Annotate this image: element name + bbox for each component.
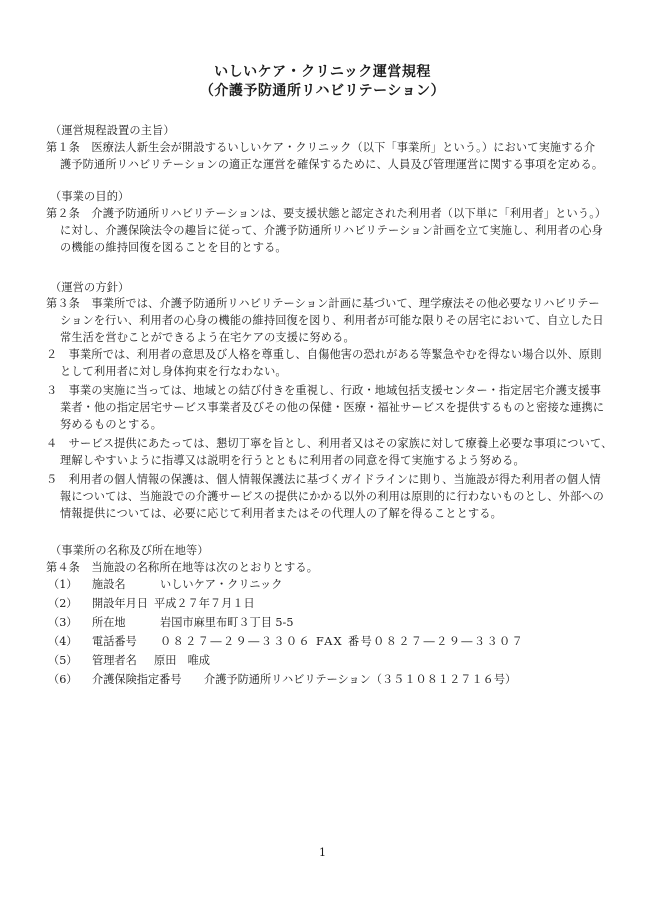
info-label: 所在地 xyxy=(92,616,126,630)
info-value: 介護予防通所リハビリテーション（３５１０８１２７１６号） xyxy=(204,673,516,687)
article-text: 第１条 医療法人新生会が開設するいしいケア・クリニック（以下「事業所」という。）… xyxy=(46,141,595,155)
article-text: に対し、介護保険法令の趣旨に従って、介護予防通所リハビリテーション計画を立て実施… xyxy=(60,224,603,238)
document-title: いしいケア・クリニック運営規程 xyxy=(0,61,645,81)
info-number: （2） xyxy=(48,597,78,611)
info-label: 電話番号 xyxy=(92,635,137,649)
article-text: 第４条 当施設の名称所在地等は次のとおりとする。 xyxy=(46,561,318,575)
article-text: として利用者に対し身体拘束を行なわない。 xyxy=(60,365,287,379)
info-value: 岩国市麻里布町３丁目 5-5 xyxy=(160,616,293,630)
article-text: 努めるものとする。 xyxy=(60,418,162,432)
article-text: 業者・他の指定居宅サービス事業者及びその他の保健・医療・福祉サービスを提供するも… xyxy=(60,401,604,415)
section-heading: （事業所の名称及び所在地等） xyxy=(50,544,209,558)
info-number: （1） xyxy=(48,578,78,592)
article-text: 常生活を営むことができるよう在宅ケアの支援に努める。 xyxy=(60,331,355,345)
article-text: 第３条 事業所では、介護予防通所リハビリテーション計画に基づいて、理学療法その他… xyxy=(46,297,600,311)
article-text: 第２条 介護予防通所リハビリテーションは、要支援状態と認定された利用者（以下単に… xyxy=(46,207,606,221)
article-text: 情報提供については、必要に応じて利用者またはその代理人の了解を得ることとする。 xyxy=(60,507,502,521)
info-label: 介護保険指定番号 xyxy=(92,673,182,687)
info-number: （4） xyxy=(48,635,78,649)
page-number: 1 xyxy=(0,846,645,859)
article-text: ３ 事業の実施に当っては、地域との結び付きを重視し、行政・地域包括支援センター・… xyxy=(46,384,601,398)
info-value: ０８２７―２９―３３０６ FAX 番号０８２７―２９―３３０７ xyxy=(160,635,524,649)
article-text: ションを行い、利用者の心身の機能の維持回復を図り、利用者が可能な限りその居宅にお… xyxy=(60,314,604,328)
info-number: （6） xyxy=(48,673,78,687)
section-heading: （事業の目的） xyxy=(50,190,129,204)
article-text: 護予防通所リハビリテーションの適正な運営を確保するために、人員及び管理運営に関す… xyxy=(60,158,603,172)
document-page: いしいケア・クリニック運営規程 （介護予防通所リハビリテーション） （運営規程設… xyxy=(0,0,645,913)
info-value: いしいケア・クリニック xyxy=(160,578,282,592)
info-label: 管理者名 xyxy=(92,654,137,668)
article-text: 理解しやすいように指導又は説明を行うとともに利用者の同意を得て実施するよう努める… xyxy=(60,454,525,468)
info-label: 施設名 xyxy=(92,578,126,592)
article-text: ５ 利用者の個人情報の保護は、個人情報保護法に基づくガイドラインに則り、当施設が… xyxy=(46,473,601,487)
document-subtitle: （介護予防通所リハビリテーション） xyxy=(0,80,645,100)
info-label: 開設年月日 xyxy=(92,597,148,611)
article-text: ４ サービス提供にあたっては、懇切丁寧を旨とし、利用者又はその家族に対して療養上… xyxy=(46,437,612,451)
article-text: の機能の維持回復を図ることを目的とする。 xyxy=(60,241,287,255)
info-value: 平成２７年７月１日 xyxy=(154,597,255,611)
article-text: ２ 事業所では、利用者の意思及び人格を尊重し、自傷他害の恐れがある等緊急やむを得… xyxy=(46,348,602,362)
article-text: 報については、当施設での介護サービスの提供にかかる以外の利用は原則的に行わないも… xyxy=(60,490,604,504)
section-heading: （運営の方針） xyxy=(50,281,129,295)
info-number: （5） xyxy=(48,654,78,668)
info-value: 原田 唯成 xyxy=(154,654,210,668)
info-number: （3） xyxy=(48,616,78,630)
section-heading: （運営規程設置の主旨） xyxy=(50,124,175,138)
